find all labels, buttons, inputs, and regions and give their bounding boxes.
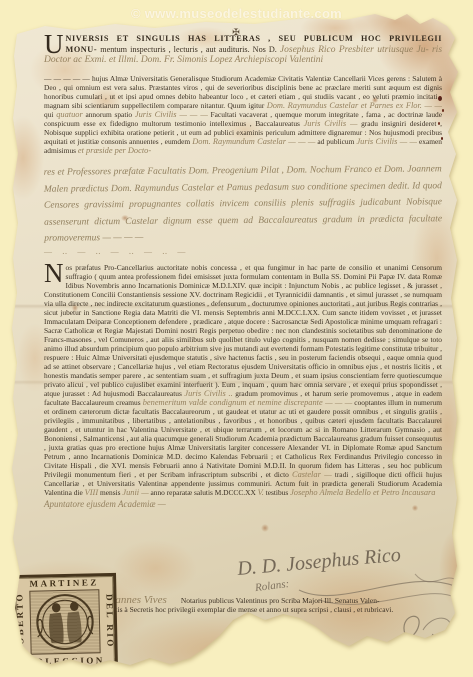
drop-cap-n: N [44, 263, 66, 284]
printed-run: os præfatus Pro-Cancellarius auctoritate… [44, 263, 442, 398]
stamp-label-left: ROBERTO [14, 578, 26, 668]
printed-run: anno reparatæ salutis M.DCCC.XX [149, 488, 258, 497]
body-paragraph-1: — — — — — hujus Almæ Universitatis Gener… [44, 74, 442, 155]
handwritten-examination-block: res et Professores præfatæ Facultatis Do… [44, 161, 443, 247]
opening-rest: mentum inspecturis , lecturis , aut audi… [100, 45, 277, 54]
handwritten-run: benemeritum valde condignum et nemine di… [143, 398, 352, 407]
stamp-label-bottom: COLECCION [17, 655, 115, 667]
stamp-engraving [29, 589, 100, 654]
watermark: © www.museodelestudiante.com [0, 6, 473, 21]
aged-parchment-document: ✠ UNIVERSIS ET SINGULIS HAS LITTERAS , S… [5, 8, 467, 670]
handwritten-run: Josepho Almela Bedello et Petro Incausar… [290, 488, 435, 497]
printed-run: cooptantes illum in numerum et ordinem c… [44, 398, 442, 479]
photo-of-document: { "watermark": "© www.museodelestudiante… [0, 0, 473, 677]
handwritten-run: Juris Civilis — [304, 119, 358, 128]
stamp-engraving-icon [30, 590, 99, 653]
handwritten-run: Juris Civilis .. [184, 389, 232, 398]
printed-run: mensis [98, 488, 122, 497]
printed-run: ad publicum [315, 137, 356, 146]
opening-paragraph: UNIVERSIS ET SINGULIS HAS LITTERAS , SEU… [44, 34, 442, 66]
handwritten-run: Dom. Raymundus Castelar et Parnes ex Flo… [267, 101, 442, 110]
drop-cap-u: U [44, 34, 66, 55]
printed-run: annorum spatio [83, 110, 135, 119]
handwritten-run: Castelar — [292, 470, 332, 479]
rubric-flourish-icon [393, 606, 463, 654]
handwritten-run: et præside per Docto- [78, 146, 151, 155]
body-paragraph-2: Nos præfatus Pro-Cancellarius auctoritat… [44, 263, 442, 497]
stamp-label-right: DEL RIO [104, 576, 116, 666]
printed-run: qui [44, 110, 56, 119]
document-body: UNIVERSIS ET SINGULIS HAS LITTERAS , SEU… [44, 34, 442, 509]
notary-line-1: Joannes VivesNotarius publicus Valentinu… [105, 596, 455, 605]
handwritten-run: Dom. Raymundum Castelar — — — [192, 137, 315, 146]
handwritten-closing-line: Apuntatore ejusdem Academiæ — [44, 499, 442, 509]
handwritten-run: Juris Civilis — — — [135, 110, 208, 119]
handwritten-run: quatuor [56, 110, 83, 119]
collection-stamp: MARTINEZ COLECCION ROBERTO DEL RIO [12, 573, 118, 671]
handwritten-run: Juris Civilis — — [356, 137, 417, 146]
faded-dash-row: — ‥ — ‥ — ‥ — ‥ — [44, 247, 442, 256]
printed-run: testibus [264, 488, 290, 497]
handwritten-run: Junii — [122, 488, 148, 497]
notary-printed-1: Notarius publicus Valentinus pro Scriba … [181, 596, 380, 605]
paper-wrap: ✠ UNIVERSIS ET SINGULIS HAS LITTERAS , S… [0, 0, 473, 677]
signature-title: Rolans: [254, 578, 289, 594]
stamp-label-top: MARTINEZ [15, 577, 113, 589]
handwritten-run: VIII [85, 488, 98, 497]
